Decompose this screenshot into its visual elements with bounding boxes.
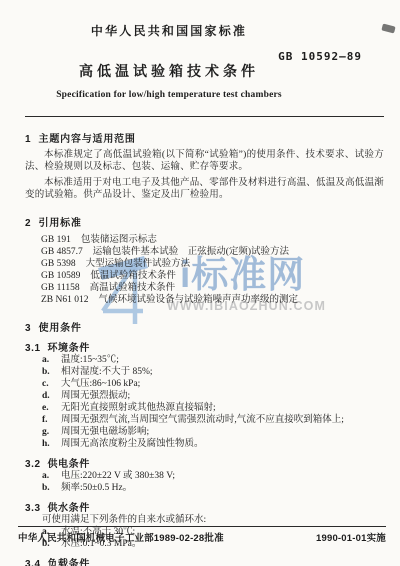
document-content: 中华人民共和国国家标准 高低温试验箱技术条件 Specification for… xyxy=(0,0,400,566)
item-label: a. xyxy=(42,354,61,366)
standard-type-title: 中华人民共和国国家标准 xyxy=(25,22,313,39)
reference-item: ZB N61 012气候环境试验设备与试验箱噪声声功率级的测定 xyxy=(41,294,384,306)
item-label: g. xyxy=(42,426,61,438)
section-3-heading: 3 使用条件 xyxy=(25,319,384,334)
item-text: 电压:220±22 V 或 380±38 V; xyxy=(61,471,175,481)
reference-code: GB 11158 xyxy=(41,282,80,294)
condition-item: h.周围无高浓度粉尘及腐蚀性物质。 xyxy=(42,438,384,450)
document-title-zh: 高低温试验箱技术条件 xyxy=(25,61,313,81)
condition-item: c.大气压:86~106 kPa; xyxy=(42,378,384,390)
section-1-paragraph-2: 本标准适用于对电工电子及其他产品、零部件及材料进行高温、低温及高低温渐变的试验箱… xyxy=(25,178,384,201)
reference-code: ZB N61 012 xyxy=(41,294,89,306)
reference-item: GB 5398大型运输包装件试验方法 xyxy=(41,258,384,270)
section-3-3-heading: 3.3 供水条件 xyxy=(25,499,384,514)
item-text: 相对湿度:不大于 85%; xyxy=(61,367,153,377)
reference-item: GB 4857.7运输包装件基本试验 正弦振动(定频)试验方法 xyxy=(41,246,384,258)
item-label: e. xyxy=(42,402,61,414)
condition-item: a.温度:15~35℃; xyxy=(42,354,384,366)
section-2-heading: 2 引用标准 xyxy=(25,214,384,229)
reference-code: GB 5398 xyxy=(41,258,76,270)
reference-title: 低温试验箱技术条件 xyxy=(90,271,176,281)
item-label: f. xyxy=(42,414,61,426)
condition-item: b.频率:50±0.5 Hz。 xyxy=(42,482,384,494)
standard-number: GB 10592—89 xyxy=(278,50,362,63)
section-3-2-heading: 3.2 供电条件 xyxy=(25,455,384,470)
reference-list: GB 191包装储运图示标志 GB 4857.7运输包装件基本试验 正弦振动(定… xyxy=(41,234,384,306)
item-label: d. xyxy=(42,390,61,402)
document-page: i标准网 WWW.IBIAOZHUN.COM 中华人民共和国国家标准 高低温试验… xyxy=(0,0,400,566)
reference-title: 大型运输包装件试验方法 xyxy=(86,259,191,269)
reference-code: GB 10589 xyxy=(41,270,80,282)
condition-item: g.周围无强电磁场影响; xyxy=(42,426,384,438)
section-1-paragraph-1: 本标准规定了高低温试验箱(以下简称“试验箱”)的使用条件、技术要求、试验方法、检… xyxy=(25,150,384,173)
reference-title: 高温试验箱技术条件 xyxy=(90,283,176,293)
section-1-heading: 1 主题内容与适用范围 xyxy=(25,130,384,145)
reference-item: GB 10589低温试验箱技术条件 xyxy=(41,270,384,282)
item-label: h. xyxy=(42,438,61,450)
item-text: 周围无强烈气流,当周围空气需强烈流动时,气流不应直接吹到箱体上; xyxy=(61,415,344,425)
footer-divider xyxy=(18,526,386,527)
condition-item: d.周围无强烈振动; xyxy=(42,390,384,402)
condition-item: a.电压:220±22 V 或 380±38 V; xyxy=(42,470,384,482)
document-header: 中华人民共和国国家标准 高低温试验箱技术条件 Specification for… xyxy=(25,22,384,100)
item-label: a. xyxy=(42,470,61,482)
item-text: 频率:50±0.5 Hz。 xyxy=(61,483,132,493)
item-text: 周围无高浓度粉尘及腐蚀性物质。 xyxy=(61,439,204,449)
header-divider xyxy=(25,116,384,117)
section-3-1-heading: 3.1 环境条件 xyxy=(25,339,384,354)
item-text: 周围无强烈振动; xyxy=(61,391,130,401)
reference-title: 气候环境试验设备与试验箱噪声声功率级的测定 xyxy=(99,295,299,305)
item-label: b. xyxy=(42,366,61,378)
item-text: 周围无强电磁场影响; xyxy=(61,427,149,437)
document-title-en: Specification for low/high temperature t… xyxy=(25,90,313,100)
section-3-4-heading: 3.4 负载条件 xyxy=(25,555,384,566)
approval-text: 中华人民共和国机械电子工业部1989-02-28批准 xyxy=(18,530,224,544)
reference-title: 运输包装件基本试验 正弦振动(定频)试验方法 xyxy=(93,247,289,257)
document-footer: 中华人民共和国机械电子工业部1989-02-28批准 1990-01-01实施 xyxy=(18,526,386,544)
item-text: 大气压:86~106 kPa; xyxy=(61,379,140,389)
condition-item: f.周围无强烈气流,当周围空气需强烈流动时,气流不应直接吹到箱体上; xyxy=(42,414,384,426)
condition-item: b.相对湿度:不大于 85%; xyxy=(42,366,384,378)
reference-code: GB 191 xyxy=(41,234,71,246)
condition-item: e.无阳光直接照射或其他热源直接辐射; xyxy=(42,402,384,414)
item-text: 无阳光直接照射或其他热源直接辐射; xyxy=(61,403,216,413)
item-text: 温度:15~35℃; xyxy=(61,355,119,365)
reference-title: 包装储运图示标志 xyxy=(81,235,157,245)
implementation-text: 1990-01-01实施 xyxy=(316,530,386,544)
item-label: c. xyxy=(42,378,61,390)
reference-item: GB 191包装储运图示标志 xyxy=(41,234,384,246)
reference-item: GB 11158高温试验箱技术条件 xyxy=(41,282,384,294)
section-3-3-intro: 可使用满足下列条件的自来水或循环水: xyxy=(42,514,384,526)
item-label: b. xyxy=(42,482,61,494)
reference-code: GB 4857.7 xyxy=(41,246,83,258)
